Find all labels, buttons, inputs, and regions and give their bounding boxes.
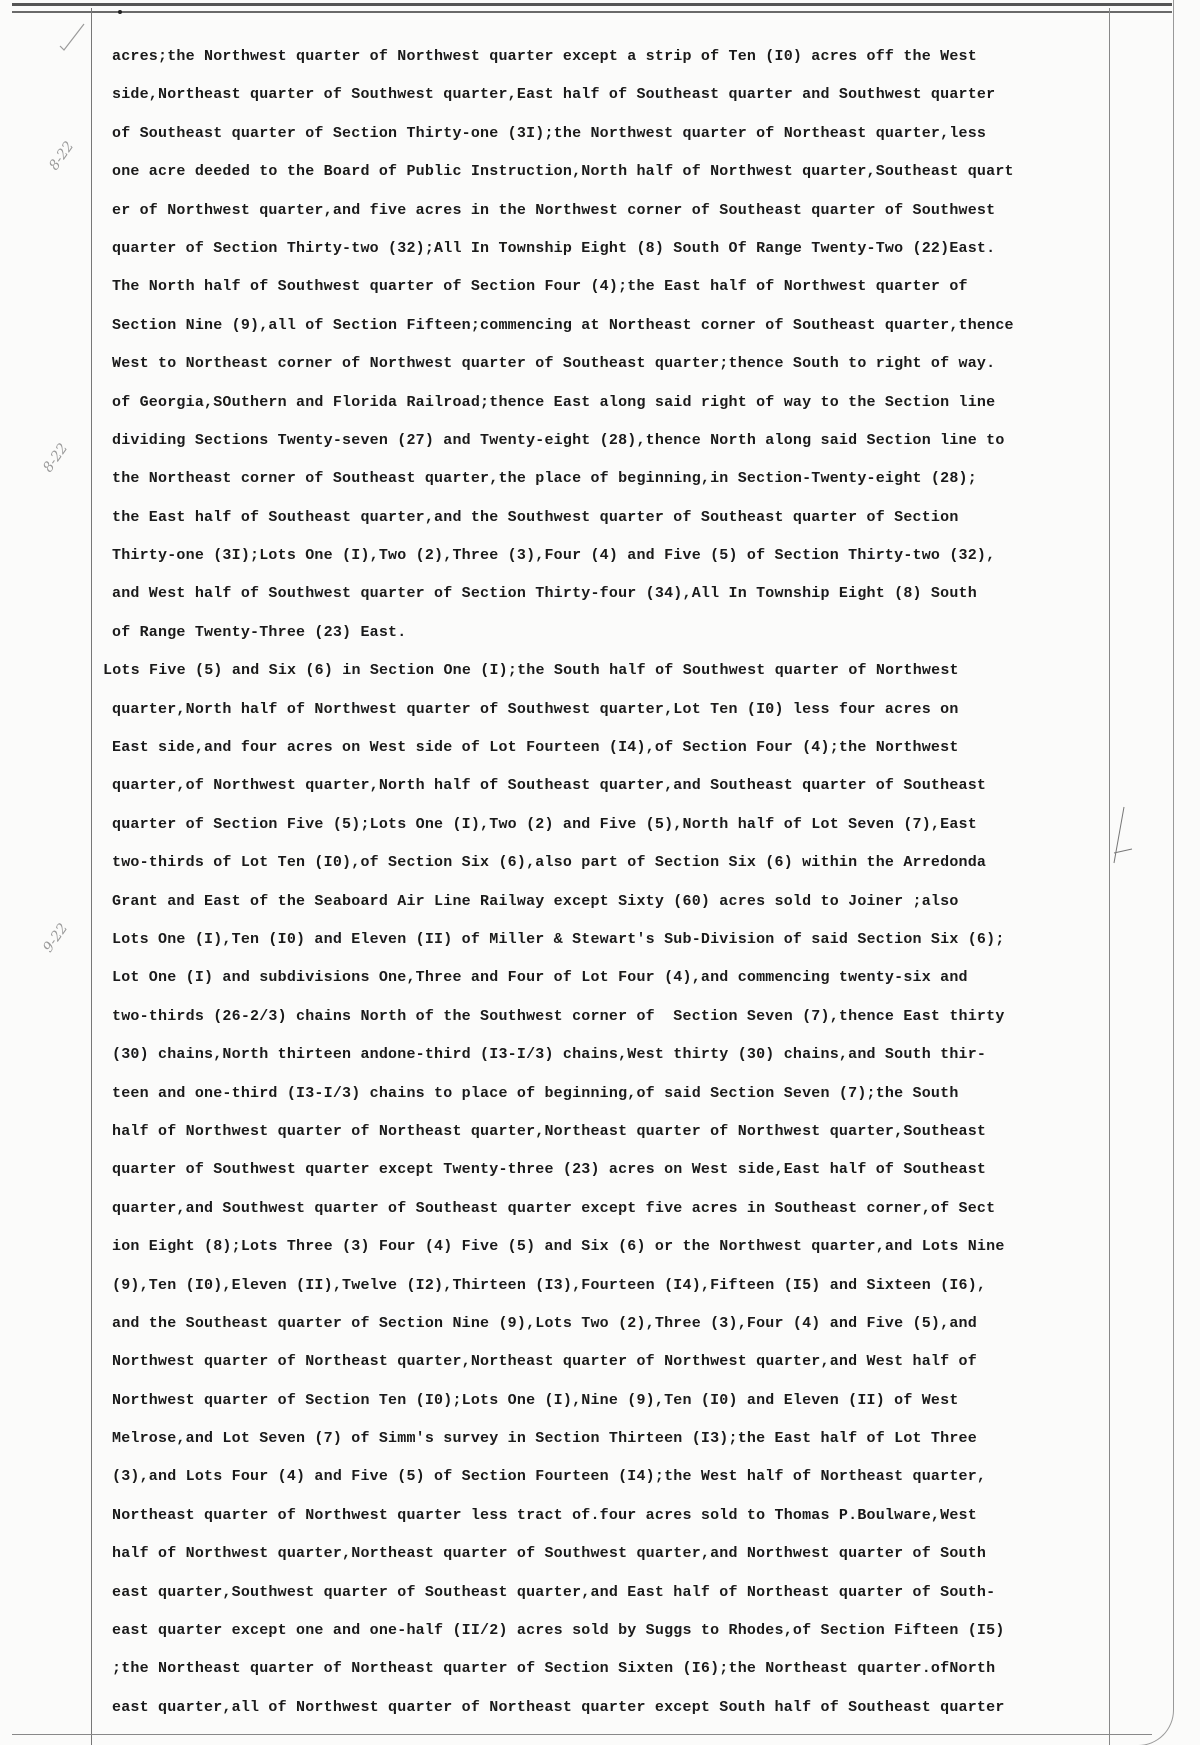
text-line: Melrose,and Lot Seven (7) of Simm's surv… — [112, 1420, 1122, 1458]
text-line: Grant and East of the Seaboard Air Line … — [112, 883, 1122, 921]
text-line: Thirty-one (3I);Lots One (I),Two (2),Thr… — [112, 537, 1122, 575]
text-line: of Range Twenty-Three (23) East. — [112, 614, 1122, 652]
text-line: Northeast quarter of Northwest quarter l… — [112, 1497, 1122, 1535]
text-line: quarter,and Southwest quarter of Southea… — [112, 1190, 1122, 1228]
margin-note: 8-22 — [46, 139, 77, 174]
text-line: The North half of Southwest quarter of S… — [112, 268, 1122, 306]
text-line: quarter,North half of Northwest quarter … — [112, 691, 1122, 729]
top-double-rule-lower — [12, 11, 1172, 13]
text-line: Lot One (I) and subdivisions One,Three a… — [112, 959, 1122, 997]
text-line: Northwest quarter of Northeast quarter,N… — [112, 1343, 1122, 1381]
text-line: and West half of Southwest quarter of Se… — [112, 575, 1122, 613]
text-line: ;the Northeast quarter of Northeast quar… — [112, 1650, 1122, 1688]
text-line: half of Northwest quarter of Northeast q… — [112, 1113, 1122, 1151]
text-line: two-thirds of Lot Ten (I0),of Section Si… — [112, 844, 1122, 882]
text-line: Northwest quarter of Section Ten (I0);Lo… — [112, 1382, 1122, 1420]
text-line: side,Northeast quarter of Southwest quar… — [112, 76, 1122, 114]
text-line: one acre deeded to the Board of Public I… — [112, 153, 1122, 191]
text-line: dividing Sections Twenty-seven (27) and … — [112, 422, 1122, 460]
top-double-rule-upper — [12, 3, 1172, 6]
document-body: acres;the Northwest quarter of Northwest… — [112, 38, 1122, 1727]
text-line: half of Northwest quarter,Northeast quar… — [112, 1535, 1122, 1573]
text-line: Lots Five (5) and Six (6) in Section One… — [103, 652, 1122, 690]
text-line: (30) chains,North thirteen andone-third … — [112, 1036, 1122, 1074]
text-line: ion Eight (8);Lots Three (3) Four (4) Fi… — [112, 1228, 1122, 1266]
text-line: er of Northwest quarter,and five acres i… — [112, 192, 1122, 230]
text-line: and the Southeast quarter of Section Nin… — [112, 1305, 1122, 1343]
text-line: acres;the Northwest quarter of Northwest… — [112, 38, 1122, 76]
document-page: 8-22 8-22 9-22 acres;the Northwest quart… — [0, 0, 1200, 1745]
margin-note: 8-22 — [40, 441, 71, 476]
text-line: of Georgia,SOuthern and Florida Railroad… — [112, 384, 1122, 422]
text-line: quarter of Section Five (5);Lots One (I)… — [112, 806, 1122, 844]
left-margin-rule — [91, 8, 92, 1745]
page-corner-curl — [1120, 1700, 1174, 1745]
text-line: east quarter except one and one-half (II… — [112, 1612, 1122, 1650]
text-line: (9),Ten (I0),Eleven (II),Twelve (I2),Thi… — [112, 1267, 1122, 1305]
text-line: quarter,of Northwest quarter,North half … — [112, 767, 1122, 805]
text-line: teen and one-third (I3-I/3) chains to pl… — [112, 1075, 1122, 1113]
text-line: Section Nine (9),all of Section Fifteen;… — [112, 307, 1122, 345]
text-line: east quarter,all of Northwest quarter of… — [112, 1689, 1122, 1727]
margin-note: 9-22 — [40, 921, 71, 956]
text-line: two-thirds (26-2/3) chains North of the … — [112, 998, 1122, 1036]
text-line: quarter of Southwest quarter except Twen… — [112, 1151, 1122, 1189]
ink-dot — [118, 10, 122, 14]
text-line: east quarter,Southwest quarter of Southe… — [112, 1574, 1122, 1612]
text-line: Lots One (I),Ten (I0) and Eleven (II) of… — [112, 921, 1122, 959]
page-edge — [1173, 0, 1174, 1700]
text-line: the East half of Southeast quarter,and t… — [112, 499, 1122, 537]
text-line: East side,and four acres on West side of… — [112, 729, 1122, 767]
bottom-rule — [12, 1734, 1152, 1735]
checkmark-icon — [58, 22, 88, 52]
text-line: of Southeast quarter of Section Thirty-o… — [112, 115, 1122, 153]
text-line: the Northeast corner of Southeast quarte… — [112, 460, 1122, 498]
text-line: quarter of Section Thirty-two (32);All I… — [112, 230, 1122, 268]
text-line: West to Northeast corner of Northwest qu… — [112, 345, 1122, 383]
text-line: (3),and Lots Four (4) and Five (5) of Se… — [112, 1458, 1122, 1496]
